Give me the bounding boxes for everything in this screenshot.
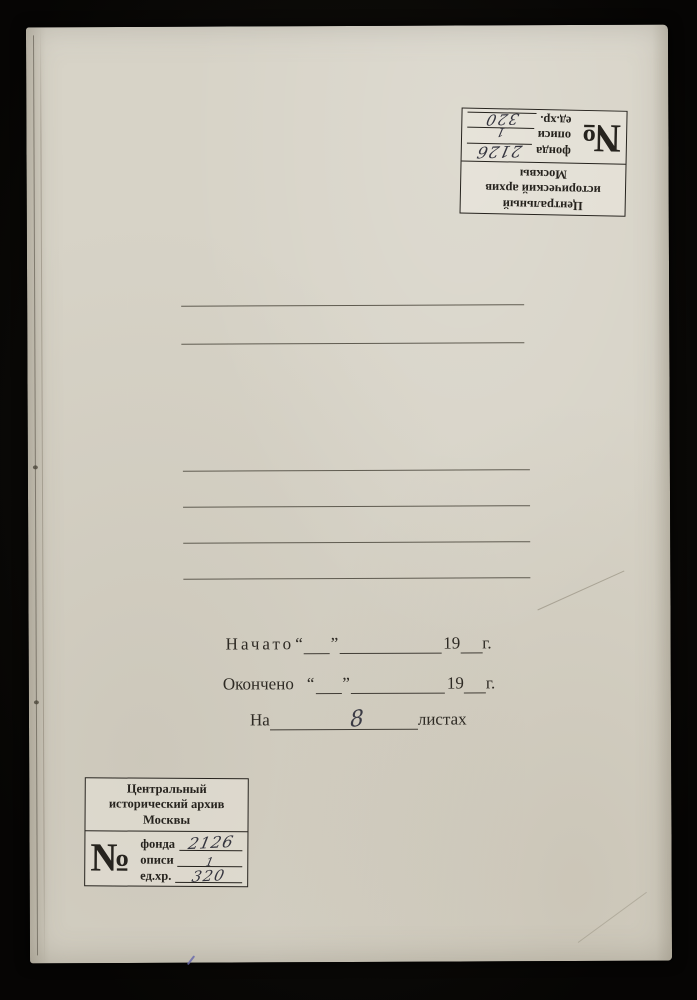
stamp-field-underline: 2126 [467, 142, 533, 160]
year-blank [464, 678, 486, 693]
archive-stamp-top: Центральный исторический архив Москвы № … [460, 107, 628, 216]
fold-crease [40, 27, 45, 963]
sheets-count-handwritten: 8 [350, 706, 364, 733]
close-quote: ” [342, 674, 350, 694]
year-prefix: 19 [447, 674, 464, 694]
stamp-fields: фонда 2126 описи 1 ед.хр. 320 [140, 835, 242, 883]
binding-thread [33, 35, 38, 955]
title-lines-group-2 [183, 469, 530, 580]
stamp-field-value-handwritten: 2126 [465, 142, 535, 160]
scan-background: Центральный исторический архив Москвы № … [0, 0, 697, 1000]
thread-knot [34, 700, 39, 704]
stamp-field-fond: фонда 2126 [467, 142, 571, 159]
open-quote: “ [307, 674, 315, 694]
stamp-field-underline: 1 [178, 850, 243, 867]
stamp-field-edhr: ед.хр. 320 [140, 867, 242, 883]
title-lines-group-1 [181, 304, 524, 344]
sheets-prefix: На [250, 710, 270, 730]
finished-row: Окончено“”19г. [223, 673, 495, 694]
sheets-suffix: листах [418, 709, 467, 729]
ruled-line [181, 342, 524, 344]
stamp-org-line: Москвы [461, 164, 625, 183]
day-blank [304, 639, 330, 654]
stamp-field-label: ед.хр. [140, 870, 171, 883]
stamp-org-line: Центральный [461, 195, 625, 214]
open-quote: “ [295, 634, 303, 654]
stamp-org-line: Центральный [86, 781, 248, 797]
year-suffix: г. [486, 673, 495, 693]
year-blank [460, 638, 482, 653]
numero-sign: № [90, 838, 130, 878]
stamp-field-label: фонда [140, 838, 175, 851]
stamp-fields: фонда 2126 описи 1 ед.хр. 320 [467, 112, 572, 160]
finished-label: Окончено [223, 674, 294, 694]
stamp-field-underline: 1 [467, 127, 534, 145]
stamp-field-edhr: ед.хр. 320 [467, 112, 571, 129]
year-prefix: 19 [443, 634, 460, 654]
started-row: Начато“”19г. [226, 633, 492, 654]
stamp-field-label: фонда [536, 144, 571, 158]
folder-cover: Центральный исторический архив Москвы № … [26, 25, 672, 964]
ruled-line [183, 505, 530, 508]
stamp-org-line: исторический архив [86, 797, 248, 813]
paper-crease [537, 571, 624, 611]
archive-stamp-box: Центральный исторический архив Москвы № … [460, 107, 628, 216]
stamp-field-fond: фонда 2126 [140, 835, 242, 851]
stamp-field-label: описи [538, 128, 572, 142]
stamp-field-underline: 2126 [179, 834, 242, 851]
ruled-line [183, 541, 530, 544]
stamp-field-value-handwritten: 320 [173, 868, 244, 886]
archive-stamp-bottom: Центральный исторический архив Москвы № … [84, 777, 249, 887]
sheets-blank-line: 8 [270, 715, 418, 731]
stamp-field-underline: 320 [467, 112, 536, 130]
ruled-line [181, 304, 524, 306]
ruled-line [183, 577, 530, 580]
pen-mark [187, 955, 195, 965]
stamp-field-opis: описи 1 [140, 851, 242, 867]
day-blank [315, 679, 341, 694]
month-blank [339, 639, 441, 654]
ruled-line [183, 469, 530, 472]
stamp-org-line: Москвы [86, 812, 248, 828]
stamp-number-section: № фонда 2126 описи 1 ед.хр. 320 [85, 832, 247, 887]
stamp-number-section: № фонда 2126 описи 1 ед.хр. 320 [462, 109, 627, 164]
stamp-organization: Центральный исторический архив Москвы [461, 161, 626, 216]
close-quote: ” [331, 634, 339, 654]
sheets-row: На8листах [250, 709, 467, 730]
thread-knot [33, 465, 38, 469]
month-blank [351, 679, 445, 694]
stamp-organization: Центральный исторический архив Москвы [85, 778, 247, 832]
stamp-field-opis: описи 1 [467, 127, 571, 144]
started-label: Начато [226, 634, 295, 654]
year-suffix: г. [482, 633, 491, 653]
archive-stamp-box: Центральный исторический архив Москвы № … [84, 777, 249, 887]
stamp-field-label: описи [140, 854, 173, 867]
numero-sign: № [580, 118, 621, 159]
stamp-field-underline: 320 [175, 866, 242, 883]
stamp-field-label: ед.хр. [540, 113, 571, 127]
paper-crease [578, 892, 647, 943]
stamp-field-value-handwritten: 320 [465, 110, 538, 127]
